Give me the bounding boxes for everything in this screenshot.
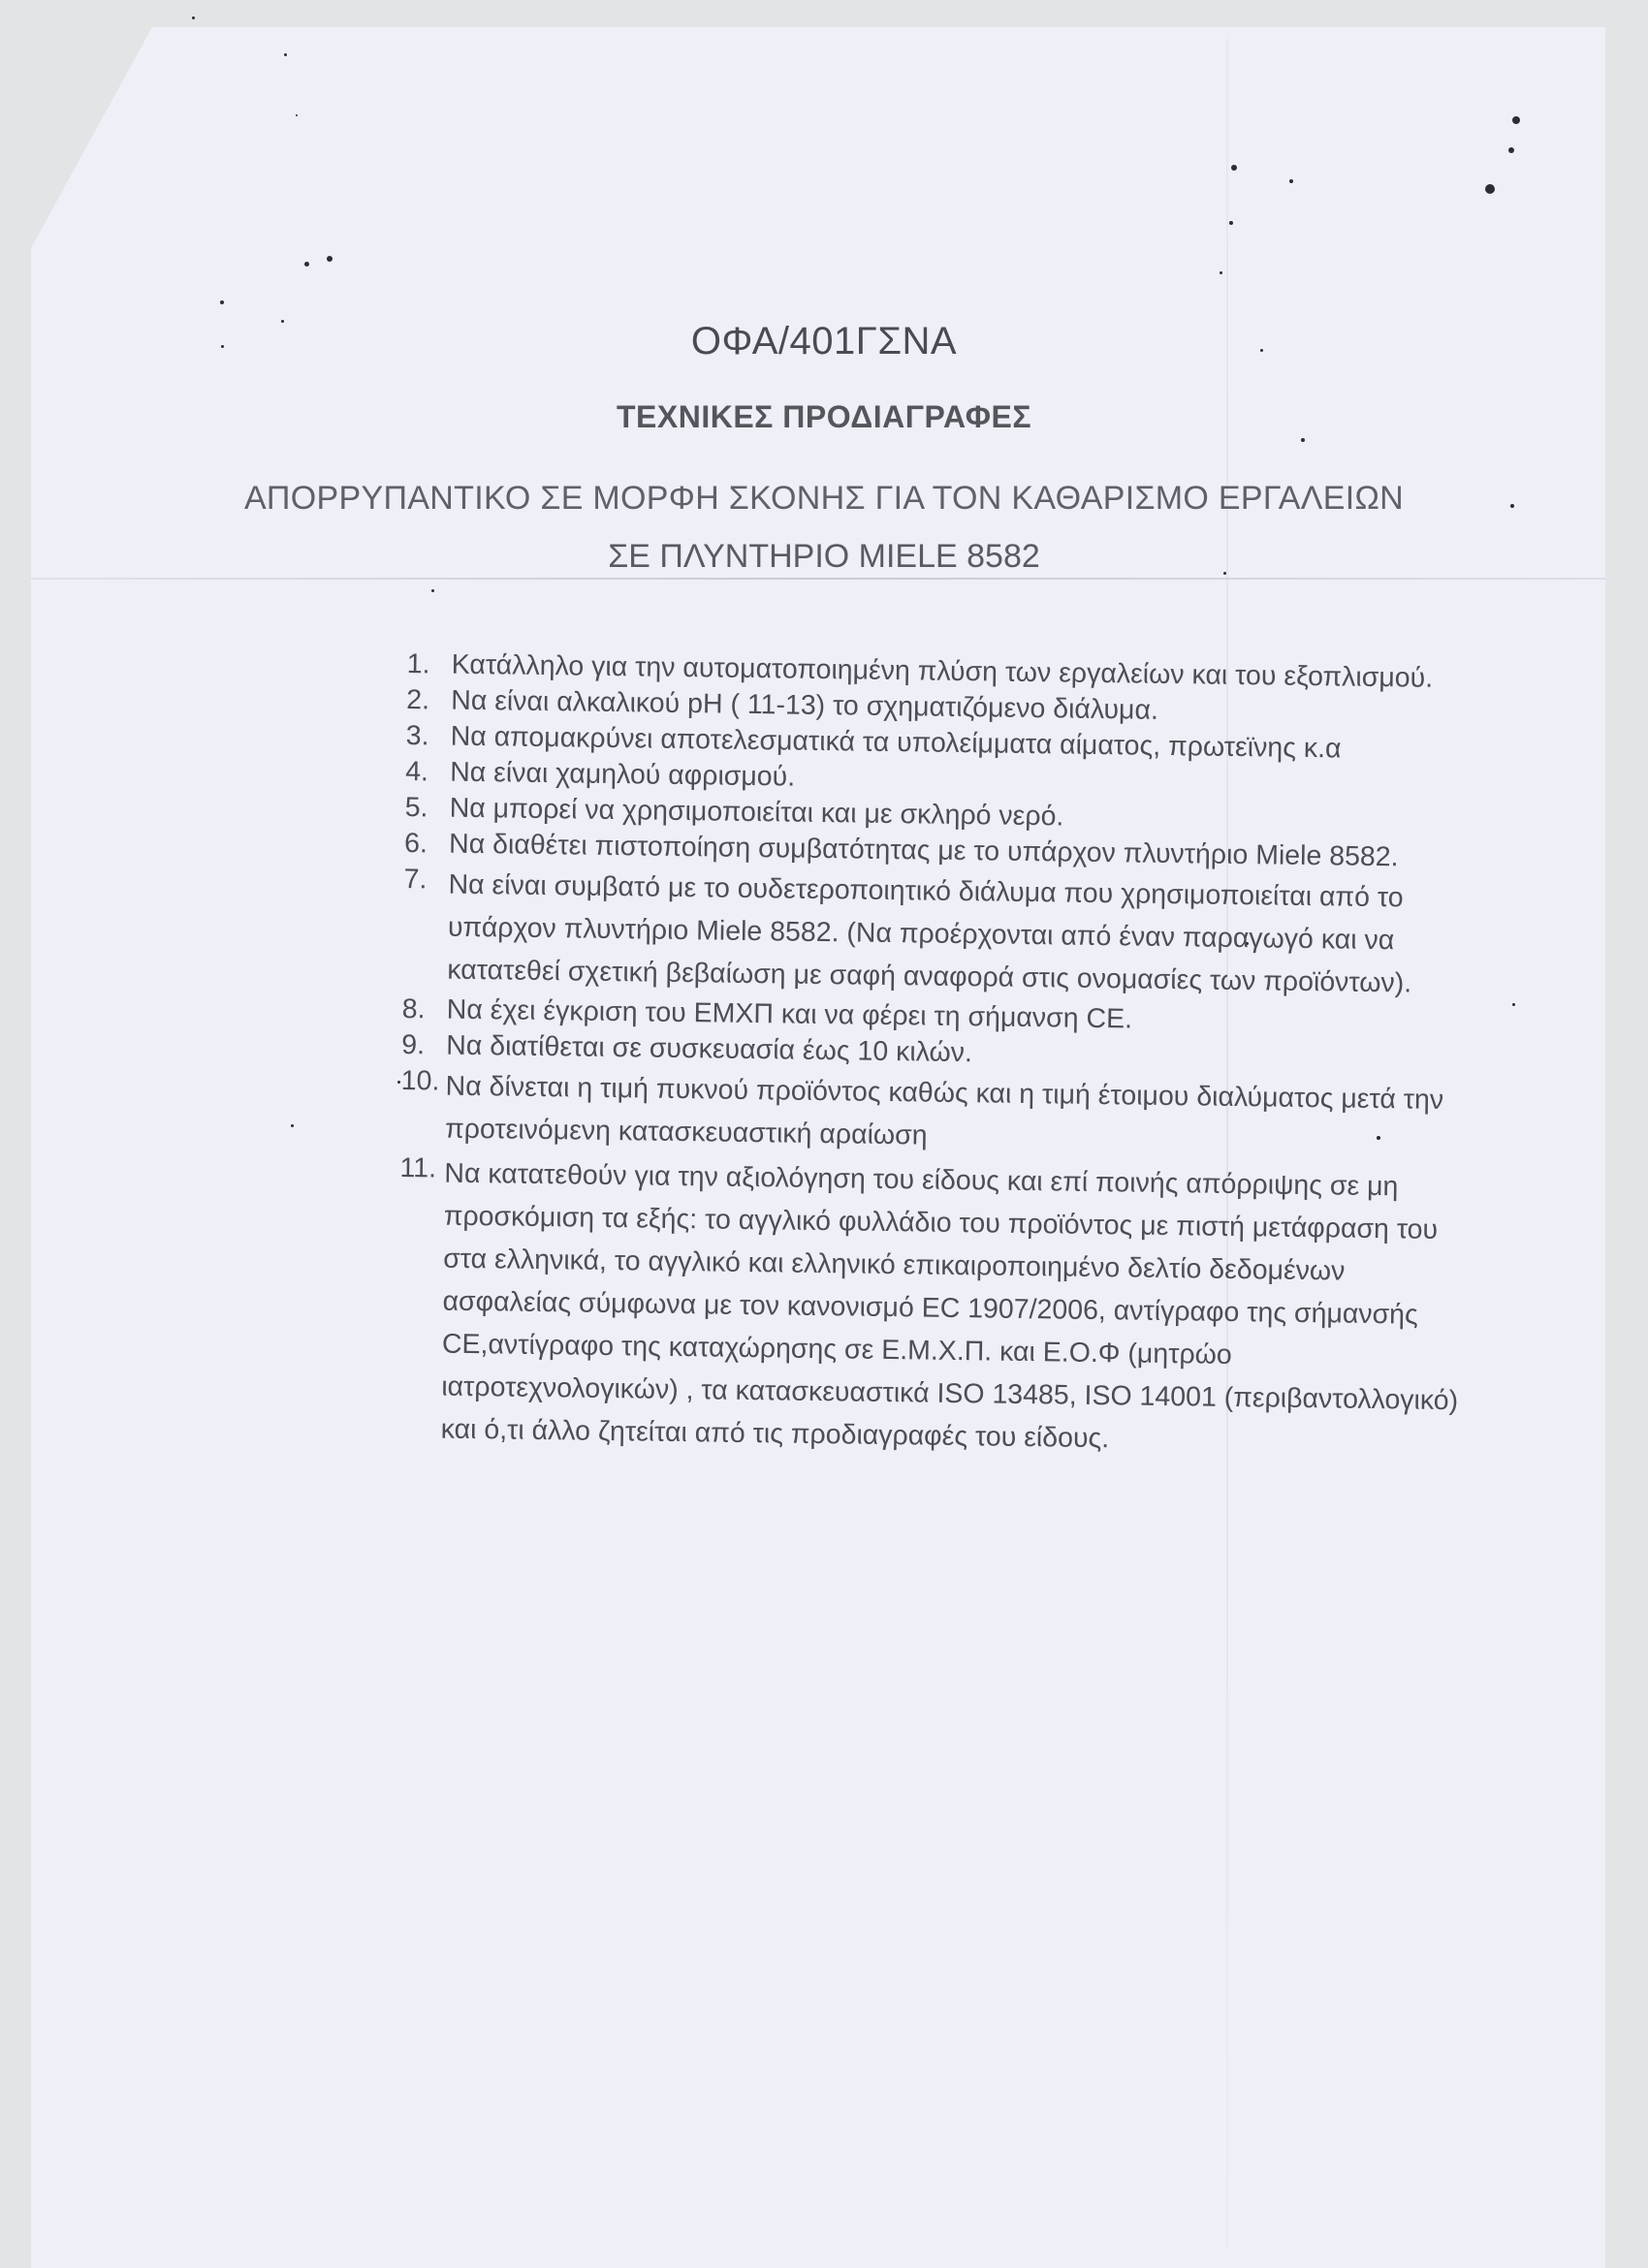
document-title: ΤΕΧΝΙΚΕΣ ΠΡΟΔΙΑΓΡΑΦΕΣ: [0, 399, 1648, 435]
spec-item-number: 11.: [396, 1151, 444, 1451]
spec-item-text: Να δίνεται η τιμή πυκνού προϊόντος καθώς…: [445, 1065, 1468, 1165]
spec-item-number: 1.: [407, 647, 452, 682]
spec-item-number: 5.: [404, 791, 449, 826]
spec-item-number: 10.: [400, 1064, 446, 1150]
specification-list: 1.Κατάλληλο για την αυτοματοποιημένη πλύ…: [396, 647, 1473, 1466]
spec-item-number: 2.: [406, 683, 451, 718]
spec-item-number: 6.: [404, 827, 449, 862]
spec-item-text: Να είναι συμβατό με το ουδετεροποιητικό …: [447, 864, 1471, 1006]
spec-item-number: 4.: [405, 755, 450, 790]
spec-item: 11.Να κατατεθούν για την αξιολόγηση του …: [396, 1151, 1466, 1465]
document-subtitle: ΑΠΟΡΡΥΠΑΝΤΙΚΟ ΣΕ ΜΟΡΦΗ ΣΚΟΝΗΣ ΓΙΑ ΤΟΝ ΚΑ…: [0, 480, 1648, 518]
document-code: ΟΦΑ/401ΓΣΝΑ: [0, 320, 1648, 363]
spec-item-number: 3.: [405, 719, 450, 754]
document-subtitle-2: ΣΕ ΠΛΥΝΤΗΡΙΟ MIELE 8582: [0, 538, 1648, 576]
spec-item-number: 9.: [401, 1028, 446, 1063]
spec-item-number: 7.: [402, 863, 449, 992]
spec-item-text: Να κατατεθούν για την αξιολόγηση του είδ…: [440, 1152, 1466, 1465]
spec-item: 7.Να είναι συμβατό με το ουδετεροποιητικ…: [402, 863, 1471, 1005]
fold-crease: [31, 578, 1605, 580]
spec-item-number: 8.: [402, 992, 447, 1027]
spec-item: 10.Να δίνεται η τιμή πυκνού προϊόντος κα…: [400, 1064, 1468, 1164]
